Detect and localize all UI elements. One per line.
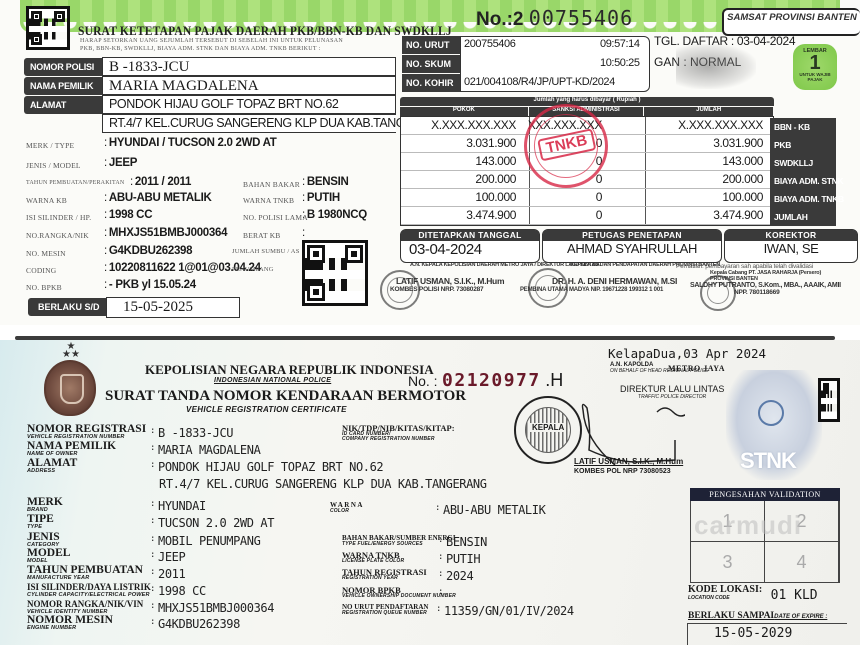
payment-tag: SWDKLLJ [770,154,836,172]
stnk-field-value: :B -1833-JCU [150,426,233,440]
vehicle-right-value: :PUTIH [302,192,340,204]
stnk-field-value: :1998 CC [150,584,206,598]
warna-label: WARNA COLOR [330,501,364,514]
qr-code-icon [302,240,368,306]
stnk-field-value: :JEEP [150,550,185,564]
vehicle-field-text: 2011 / 2011 [135,176,191,188]
vehicle-field-label: CODING [26,266,56,275]
kode-lokasi-value: 01 KLD [771,588,818,603]
qr-code-icon [818,378,840,422]
stnk-signer: LATIF USMAN, S.I.K., M.Hum KOMBES POL NR… [574,457,683,475]
vehicle-field-value: :JEEP [104,157,137,169]
stnk-right-value-text: BENSIN [446,535,487,549]
vehicle-right-label: BAHAN BAKAR [243,180,300,189]
col-jumlah: JUMLAH [644,107,773,116]
alamat-label: ALAMAT [24,96,102,114]
nama-pemilik-label: NAMA PEMILIK [24,77,102,95]
lembar-badge: LEMBAR 1 UNTUK WAJIB PAJAK [793,44,837,90]
skpd-subtitle-1: HARAP SETORKAN UANG SEJUMLAH TERSEBUT DI… [80,38,343,44]
no-urut-time: 09:57:14 [600,38,640,50]
stnk-right-value: : [438,587,446,601]
vehicle-field-text: JEEP [109,157,137,169]
police-emblem-icon [44,360,96,416]
stnk-field-label: MERKBRAND [27,497,63,513]
samsat-box: SAMSAT PROVINSI BANTEN [722,8,860,36]
payment-jumlah: 3.474.900 [713,208,763,222]
stnk-number-value: 02120977 [442,370,541,391]
no-skum-time: 10:50:25 [600,57,640,69]
berlaku-value: 15-05-2025 [106,297,240,318]
berlaku-sampai-value: 15-05-2029 [687,623,847,645]
official-3-org: Kepala Cabang PT. JASA RAHARJA (Persero)… [690,270,840,282]
stnk-right-value: :PUTIH [438,552,480,566]
stnk-right-value: :BENSIN [438,535,487,549]
berlaku-label: BERLAKU S/D [28,298,110,316]
payment-header: Jumlah yang harus dibayar ( Rupiah ) [400,97,774,106]
stnk-field-value: :TUCSON 2.0 2WD AT [150,516,274,530]
vehicle-field-value: :- PKB yl 15.05.24 [104,279,196,291]
payment-sanksi: 0 [596,190,602,204]
stnk-field-value: :MHXJS51BMBJ000364 [150,601,274,615]
skpd-number-label: No.:2 [476,9,524,30]
skpd-number-value: 00755406 [529,6,633,30]
lembar-bottom: UNTUK WAJIB PAJAK [793,72,837,82]
validation-cell-3: 3 [691,542,765,583]
stnk-hologram-icon: STNK [726,370,822,480]
vehicle-right-text: PUTIH [307,192,340,204]
payment-table: Jumlah yang harus dibayar ( Rupiah ) POK… [400,97,840,227]
vehicle-field-value: :MHXJS51BMBJ000364 [104,227,227,239]
official-3-id: NPP. 780118669 [690,289,780,296]
stnk-field-value: :PONDOK HIJAU GOLF TOPAZ BRT NO.62 [150,460,383,474]
vehicle-field-text: ABU-ABU METALIK [109,192,212,204]
metro-jaya: METRO JAYA [668,364,725,373]
vehicle-right-text: B 1980NCQ [307,209,367,221]
stnk-field-value-text: MARIA MAGDALENA [158,443,260,457]
official-3: Kepala Cabang PT. JASA RAHARJA (Persero)… [690,270,841,296]
lembar-number: 1 [793,54,837,72]
payment-tag: PKB [770,136,836,154]
stnk-field-label: NAMA PEMILIKNAME OF OWNER [27,441,116,457]
alamat-line-2: RT.4/7 KEL.CURUG SANGERENG KLP DUA KAB.T… [102,114,396,133]
kode-lokasi: KODE LOKASI:LOCATION CODE 01 KLD [688,586,818,604]
warna-value: :ABU-ABU METALIK [435,503,545,517]
alamat-line-1: PONDOK HIJAU GOLF TOPAZ BRT NO.62 [102,95,396,114]
stnk-right-value: :11359/GN/01/IV/2024 [436,604,574,618]
vehicle-field-label: NO. MESIN [26,249,66,258]
korektor-label: KOREKTOR [725,230,857,241]
stnk-field-value-text: 1998 CC [158,584,206,598]
vehicle-field-text: G4KDBU262398 [109,245,192,257]
stnk-field-label-text: NOMOR RANGKA/NIK/VIN [27,599,143,609]
skpd-document: SURAT KETETAPAN PAJAK DAERAH PKB/BBN-KB … [0,0,860,325]
stars-icon: ★★★ [60,343,82,359]
col-pokok: POKOK [400,107,528,116]
stnk-field-value-text: JEEP [158,550,185,564]
vehicle-right-value: :BENSIN [302,176,349,188]
stnk-field-value-text: 2011 [158,567,185,581]
tnkb-stamp-text: TNKB [537,128,596,161]
payment-pokok: 143.000 [475,154,516,168]
warna-value-text: ABU-ABU METALIK [443,503,545,517]
validation-header: PENGESAHAN VALIDATION [690,488,840,501]
ditetapkan-value: 03-04-2024 [401,241,539,258]
stnk-field-value-text: G4KDBU262398 [158,617,240,631]
vehicle-field-label: NO.RANGKA/NIK [26,231,89,240]
nama-pemilik-value: MARIA MAGDALENA [102,76,396,95]
place-date: KelapaDua,03 Apr 2024 [608,346,766,361]
validation-cell-4: 4 [765,542,839,583]
vehicle-field-label: TAHUN PEMBUATAN/PERAKITAN [26,180,124,186]
stnk-right-label: NO URUT PENDAFTARANREGISTRATION QUEUE NU… [342,603,428,616]
stnk-right-value-text: 11359/GN/01/IV/2024 [444,604,574,618]
stnk-field-value-line-2: RT.4/7 KEL.CURUG SANGERENG KLP DUA KAB.T… [159,477,487,491]
stnk-right-value-text: PUTIH [446,552,480,566]
signer-name: LATIF USMAN, S.I.K., M.Hum [574,457,683,466]
payment-pokok: 100.000 [475,190,516,204]
stnk-field-label: MODELMODEL [27,548,70,564]
berlaku-sampai-en: DATE OF EXPIRE : [774,614,827,620]
payment-jumlah: 3.031.900 [713,136,763,150]
warna-label-en: COLOR [330,509,364,514]
vehicle-field-value: :G4KDBU262398 [104,245,192,257]
vehicle-right-label: BERAT KB [243,231,281,240]
vehicle-field-label: MERK / TYPE [26,141,74,150]
stnk-field-value-text: HYUNDAI [158,499,206,513]
skpd-subtitle-2: PKB, BBN-KB, SWDKLLJ, BIAYA ADM. STNK DA… [80,46,320,52]
stnk-right-label-en: LICENSE PLATE COLOR [342,559,404,564]
nik-label-en-2: COMPANY REGISTRATION NUMBER [342,437,455,442]
stnk-agency-en: INDONESIAN NATIONAL POLICE [214,377,331,384]
stnk-field-label: JENISCATEGORY [27,532,60,548]
no-urut-value: 200755406 [464,38,515,50]
stnk-field-value: :2011 [150,567,185,581]
direktur: DIREKTUR LALU LINTASTRAFFIC POLICE DIREC… [620,384,724,400]
stnk-field-value-text: MOBIL PENUMPANG [158,534,260,548]
signer-id: KOMBES POL NRP 73080523 [574,468,671,475]
stnk-field-value-text: TUCSON 2.0 2WD AT [158,516,274,530]
stnk-number: No. : 02120977 .H [408,370,563,391]
vehicle-right-value: :B 1980NCQ [302,209,367,221]
nik-label: NIK/TDP/NIB/KITAS/KITAP: ID CARD NUMBER/… [342,424,455,442]
payment-jumlah: 143.000 [722,154,763,168]
stnk-field-label: TIPETYPE [27,514,54,530]
vehicle-field-label: WARNA KB [26,196,67,205]
no-urut-label: NO. URUT [402,36,460,54]
vehicle-field-value: :ABU-ABU METALIK [104,192,212,204]
official-1-id: KOMBES POLISI NRP. 73080287 [380,286,483,293]
vehicle-field-label: NO. BPKB [26,283,62,292]
vehicle-field-text: MHXJS51BMBJ000364 [109,227,227,239]
vehicle-field-value: :HYUNDAI / TUCSON 2.0 2WD AT [104,137,277,149]
payment-tag: BIAYA ADM. STNK [770,172,836,190]
stnk-right-value-text: 2024 [446,569,473,583]
stnk-field-label: NOMOR REGISTRASIVEHICLE REGISTRATION NUM… [27,424,146,440]
stnk-right-value: :2024 [438,569,473,583]
stnk-field-value-text: PONDOK HIJAU GOLF TOPAZ BRT NO.62 [158,460,383,474]
vehicle-right-text: BENSIN [307,176,349,188]
vehicle-right-label: NO. POLISI LAMA [243,213,308,222]
stnk-agency: KEPOLISIAN NEGARA REPUBLIK INDONESIA [145,362,434,378]
vehicle-field-text: - PKB yl 15.05.24 [109,279,196,291]
no-kohir-value: 021/004108/R4/JP/UPT-KD/2024 [464,76,615,88]
carmudi-watermark: carmudi [694,510,802,541]
stnk-field-value: :MARIA MAGDALENA [150,443,260,457]
vehicle-right-label: WARNA TNKB [243,196,294,205]
stnk-field-value: :MOBIL PENUMPANG [150,534,260,548]
no-kohir-label: NO. KOHIR [402,74,460,92]
stnk-right-label-en: REGISTRATION QUEUE NUMBER [342,611,428,616]
payment-pokok: X.XXX.XXX.XXX [431,118,516,132]
official-3-name: SALDHY PUTRANTO, S.Kom., MBA., AAAIK, AM… [690,282,841,289]
perhatian-note: Perhatian: pembayaran sah apabila telah … [676,263,813,270]
ditetapkan-label: DITETAPKAN TANGGAL [401,230,539,241]
berlaku-sampai-label: BERLAKU SAMPAIDATE OF EXPIRE : [688,611,827,621]
kepala-seal-icon: KEPALA [514,396,582,464]
stnk-field-value: :G4KDBU262398 [150,617,240,631]
stnk-field-label: NOMOR RANGKA/NIK/VINVEHICLE IDENTITY NUM… [27,599,143,615]
skpd-title: SURAT KETETAPAN PAJAK DAERAH PKB/BBN-KB … [78,24,452,39]
payment-jumlah: X.XXX.XXX.XXX [678,118,763,132]
petugas-label: PETUGAS PENETAPAN [543,230,721,241]
payment-pokok: 3.031.900 [466,136,516,150]
payment-jumlah: 100.000 [722,190,763,204]
vehicle-field-label: JENIS / MODEL [26,161,81,170]
stnk-field-label: TAHUN PEMBUATANMANUFACTURE YEAR [27,565,143,581]
vehicle-right-label: JUMLAH SUMBU / AS [232,248,300,255]
payment-sanksi: 0 [596,208,602,222]
nomor-polisi-label: NOMOR POLISI [24,58,102,76]
vehicle-field-value: :2011 / 2011 [130,176,191,188]
gray-stamp-icon [676,44,756,89]
stnk-number-suffix: .H [545,370,563,390]
stnk-field-label-en: CYLINDER CAPACITY/ELECTRICAL POWER [27,592,151,598]
vehicle-right-label: PENUMPANG [232,266,274,273]
payment-row: 100.0000100.000 [401,189,775,207]
vehicle-field-text: 1998 CC [109,209,152,221]
stnk-field-label: NOMOR MESINENGINE NUMBER [27,615,113,631]
petugas-value: AHMAD SYAHRULLAH [543,241,721,256]
payment-row: 3.474.90003.474.900 [401,207,775,225]
direktur-text: DIREKTUR LALU LINTAS [620,384,724,394]
stnk-field-label: ALAMATADDRESS [27,458,77,474]
qr-code-icon [26,6,70,50]
stnk-field-label: ISI SILINDER/DAYA LISTRIKCYLINDER CAPACI… [27,582,151,598]
stnk-title-en: VEHICLE REGISTRATION CERTIFICATE [186,405,347,414]
kode-lokasi-label-en: LOCATION CODE [688,594,762,602]
vehicle-field-value: :1998 CC [104,209,152,221]
vehicle-field-label: ISI SILINDER / HP. [26,213,91,222]
skpd-number: No.:2 00755406 [476,6,633,31]
payment-jumlah: 200.000 [722,172,763,186]
payment-tag: JUMLAH [770,208,836,226]
stnk-field-label-text: ISI SILINDER/DAYA LISTRIK [27,582,151,592]
berlaku-sampai-text: BERLAKU SAMPAI [688,611,774,621]
stnk-right-label: TAHUN REGISTRASIREGISTRATION YEAR [342,568,427,581]
korektor-value: IWAN, SE [725,241,857,256]
nomor-polisi-value: B -1833-JCU [102,57,396,76]
sign-row: DITETAPKAN TANGGAL03-04-2024 PETUGAS PEN… [400,229,840,264]
stnk-right-label: WARNA TNKBLICENSE PLATE COLOR [342,551,404,564]
stnk-field-value-text: B -1833-JCU [158,426,233,440]
payment-pokok: 3.474.900 [466,208,516,222]
hologram-text: STNK [740,448,796,474]
payment-pokok: 200.000 [475,172,516,186]
stnk-document: ★★★ KEPOLISIAN NEGARA REPUBLIK INDONESIA… [0,340,860,645]
vehicle-field-text: HYUNDAI / TUCSON 2.0 2WD AT [109,137,277,149]
payment-tag: BBN - KB [770,118,836,136]
vehicle-right-value: : [302,227,307,239]
stnk-field-value: :HYUNDAI [150,499,206,513]
no-skum-label: NO. SKUM [402,55,460,73]
seal-text: KEPALA [530,423,566,432]
stnk-number-label: No. : [408,373,438,389]
stnk-field-value-text: MHXJS51BMBJ000364 [158,601,274,615]
official-2-id: PEMBINA UTAMA MADYA NIP. 19671228 199312… [520,287,663,293]
payment-tag: BIAYA ADM. TNKB [770,190,836,208]
